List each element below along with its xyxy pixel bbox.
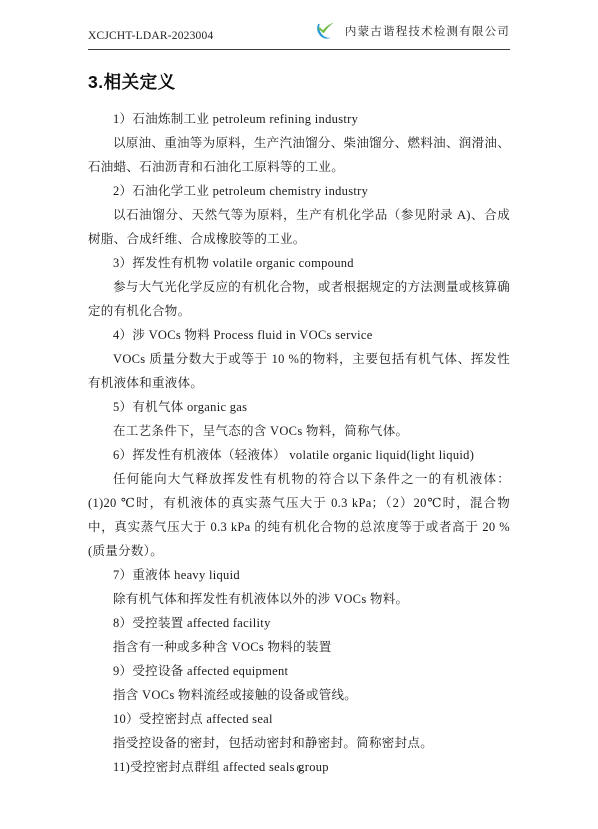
page-header: XCJCHT-LDAR-2023004 内蒙古谐程技术检测有限公司 [88, 0, 510, 50]
section-title: 3.相关定义 [88, 69, 510, 94]
paragraph: VOCs 质量分数大于或等于 10 %的物料，主要包括有机气体、挥发性有机液体和… [88, 347, 510, 395]
document-body: 1）石油炼制工业 petroleum refining industry以原油、… [88, 107, 510, 779]
paragraph: 6）挥发性有机液体（轻液体） volatile organic liquid(l… [88, 443, 510, 467]
paragraph: 除有机气体和挥发性有机液体以外的涉 VOCs 物料。 [88, 587, 510, 611]
paragraph: 指含有一种或多种含 VOCs 物料的装置 [88, 635, 510, 659]
paragraph: 7）重液体 heavy liquid [88, 563, 510, 587]
paragraph: 3）挥发性有机物 volatile organic compound [88, 251, 510, 275]
paragraph: 5）有机气体 organic gas [88, 395, 510, 419]
company-brand: 内蒙古谐程技术检测有限公司 [314, 20, 510, 42]
paragraph: 8）受控装置 affected facility [88, 611, 510, 635]
paragraph: 指含 VOCs 物料流经或接触的设备或管线。 [88, 683, 510, 707]
paragraph: 在工艺条件下，呈气态的含 VOCs 物料，简称气体。 [88, 419, 510, 443]
paragraph: 1）石油炼制工业 petroleum refining industry [88, 107, 510, 131]
paragraph: 4）涉 VOCs 物料 Process fluid in VOCs servic… [88, 323, 510, 347]
paragraph: 9）受控设备 affected equipment [88, 659, 510, 683]
paragraph: 以原油、重油等为原料，生产汽油馏分、柴油馏分、燃料油、润滑油、石油蜡、石油沥青和… [88, 131, 510, 179]
paragraph: 任何能向大气释放挥发性有机物的符合以下条件之一的有机液体：(1)20 ℃时，有机… [88, 467, 510, 563]
paragraph: 指受控设备的密封，包括动密封和静密封。简称密封点。 [88, 731, 510, 755]
paragraph: 参与大气光化学反应的有机化合物，或者根据规定的方法测量或核算确定的有机化合物。 [88, 275, 510, 323]
paragraph: 10）受控密封点 affected seal [88, 707, 510, 731]
paragraph: 以石油馏分、天然气等为原料，生产有机化学品（参见附录 A)、合成树脂、合成纤维、… [88, 203, 510, 251]
page-number: 6 [0, 764, 598, 775]
company-logo-icon [314, 20, 337, 42]
document-page: XCJCHT-LDAR-2023004 内蒙古谐程技术检测有限公司 3.相关定义… [0, 0, 598, 829]
doc-number: XCJCHT-LDAR-2023004 [88, 30, 213, 42]
company-name: 内蒙古谐程技术检测有限公司 [345, 23, 510, 39]
paragraph: 2）石油化学工业 petroleum chemistry industry [88, 179, 510, 203]
